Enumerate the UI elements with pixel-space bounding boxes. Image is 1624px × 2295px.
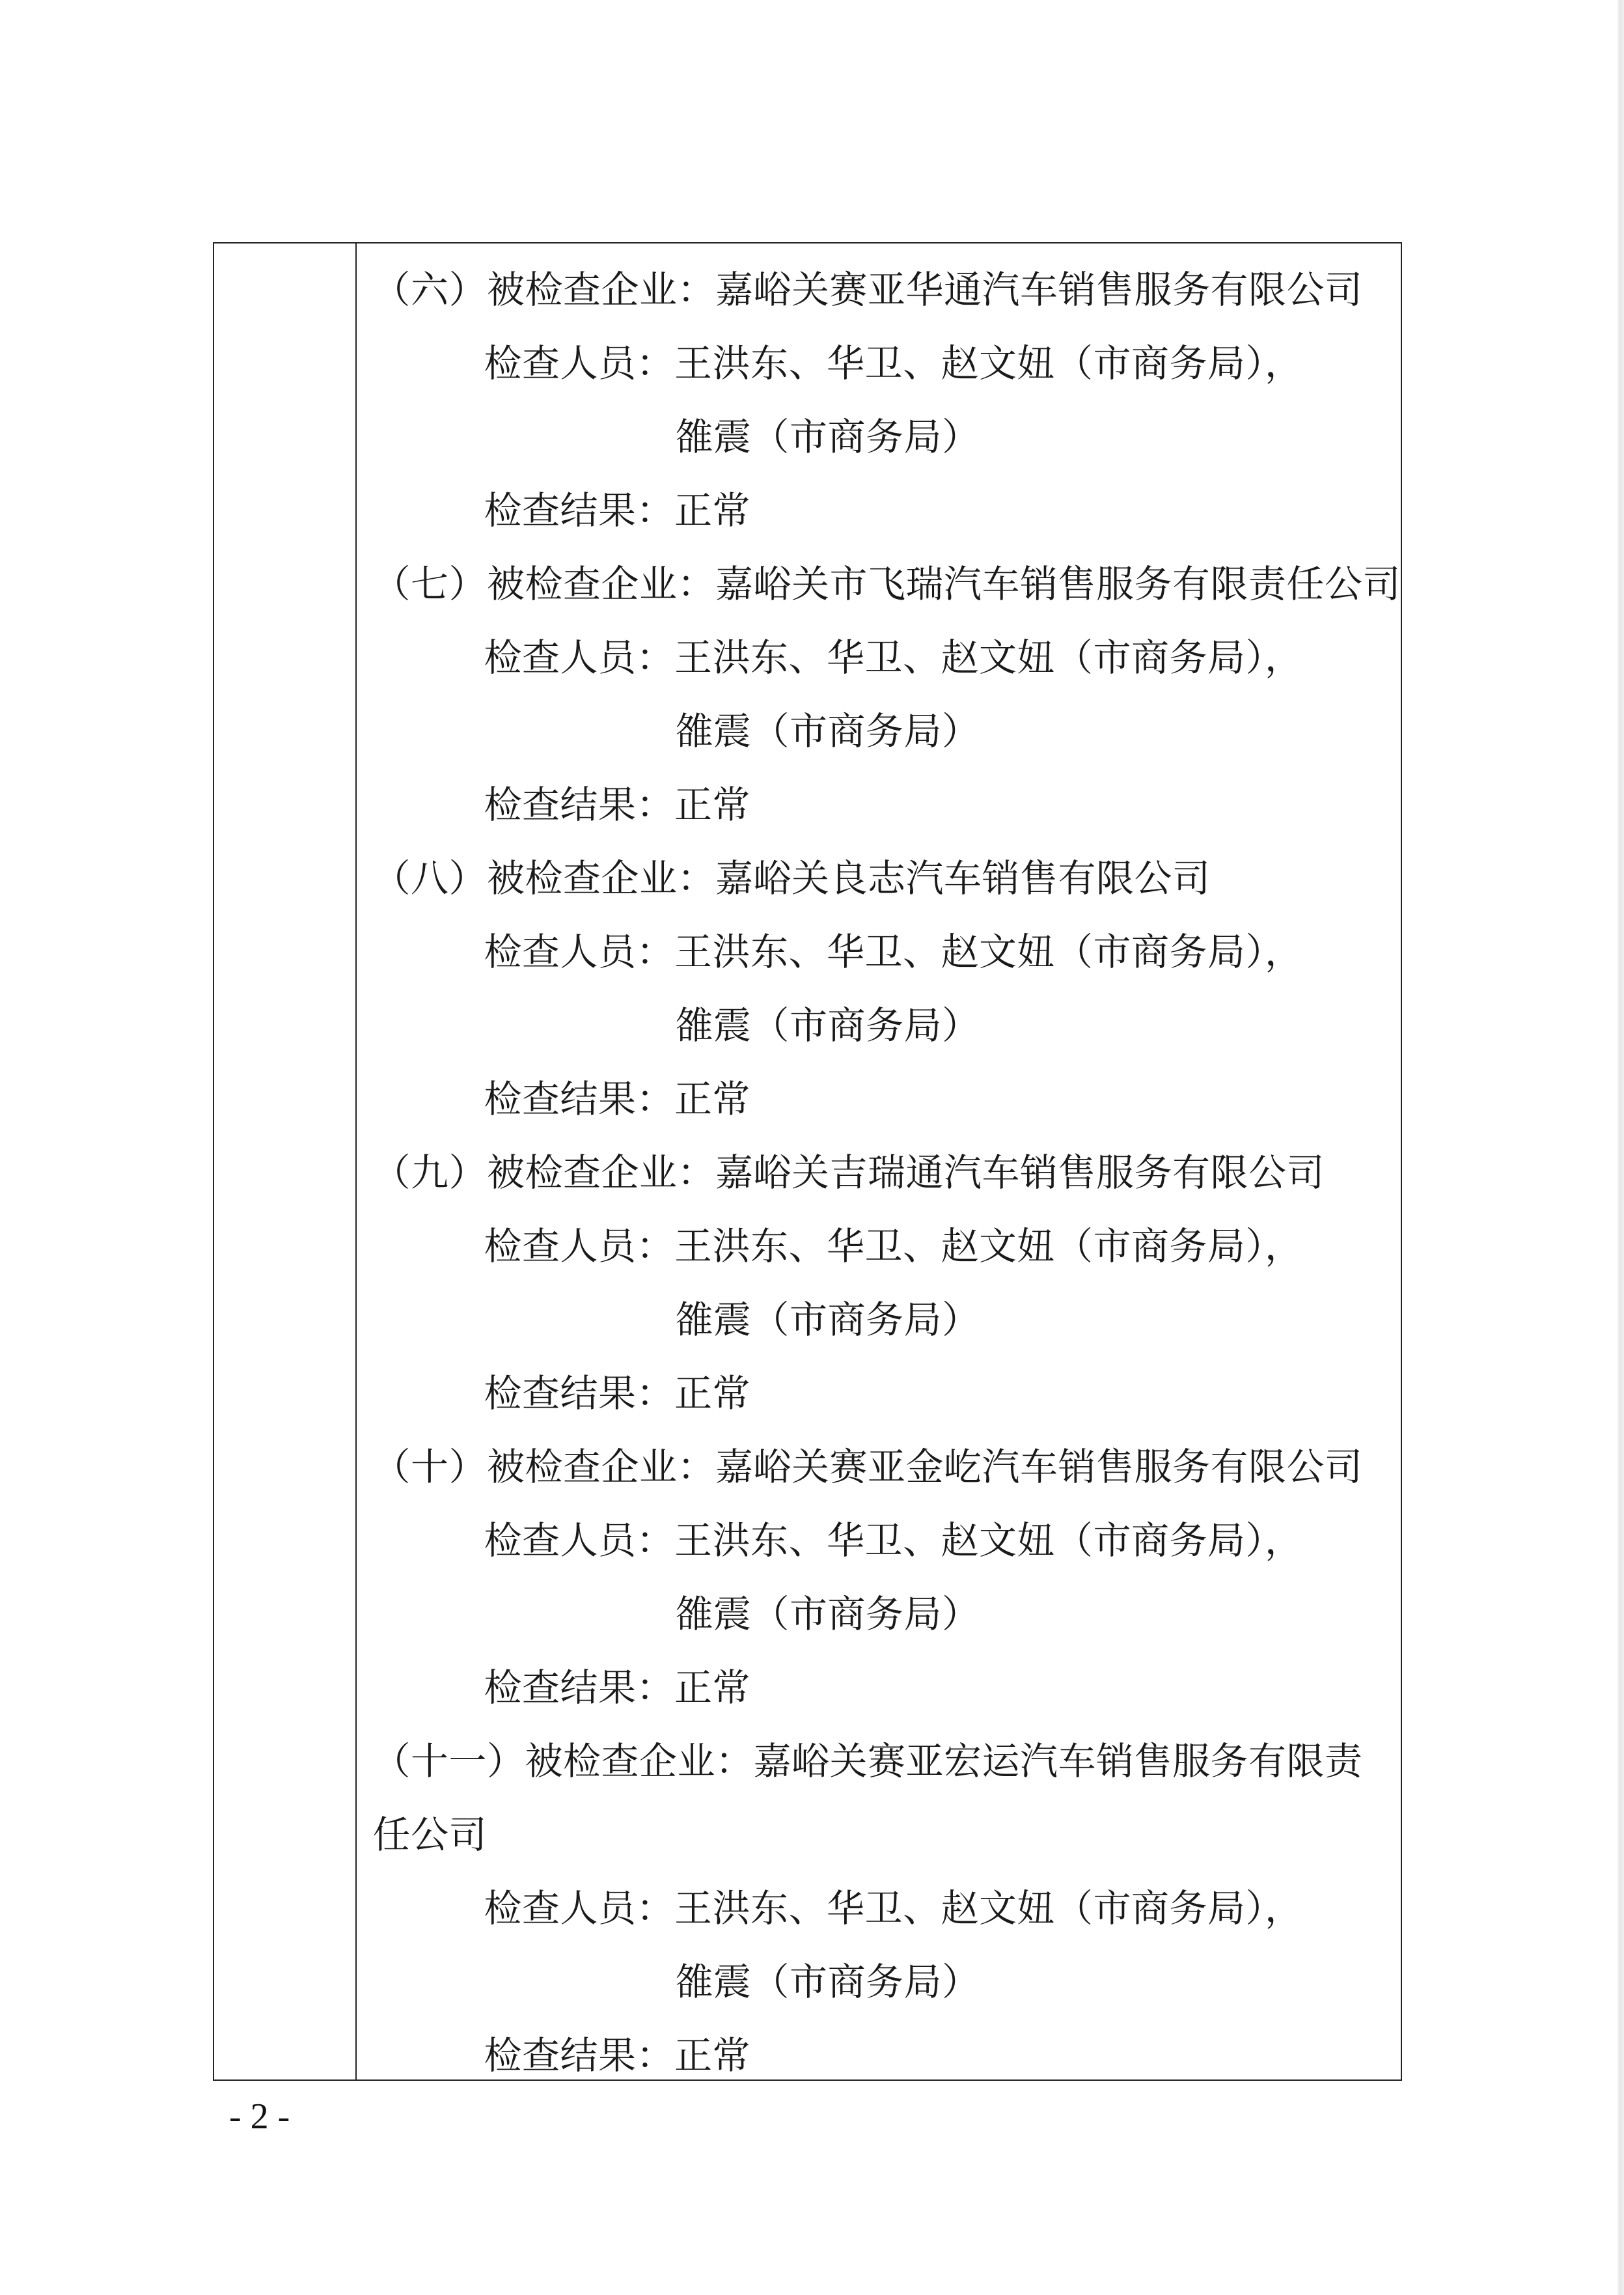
entry-persons-line: 检查人员：王洪东、华卫、赵文妞（市商务局）， xyxy=(372,327,1401,400)
result-label: 检查结果： xyxy=(484,1371,674,1415)
persons-names-cont: 雒震（市商务局） xyxy=(675,1592,980,1636)
entry-enterprise-line: （八）被检查企业：嘉峪关良志汽车销售有限公司 xyxy=(372,842,1401,915)
persons-label: 检查人员： xyxy=(484,930,674,974)
enterprise-name: 嘉峪关赛亚宏运汽车销售服务有限责 xyxy=(753,1739,1362,1783)
enterprise-name: 嘉峪关赛亚金屹汽车销售服务有限公司 xyxy=(715,1445,1363,1489)
result-label: 检查结果： xyxy=(484,2033,674,2078)
result-value: 正常 xyxy=(674,2033,750,2078)
entry-persons-continuation: 雒震（市商务局） xyxy=(372,400,1401,474)
result-label: 检查结果： xyxy=(484,488,674,533)
entry-persons-continuation: 雒震（市商务局） xyxy=(372,695,1401,768)
enterprise-name-wrap: 任公司 xyxy=(372,1813,487,1857)
entry-enterprise-line: （十）被检查企业：嘉峪关赛亚金屹汽车销售服务有限公司 xyxy=(372,1430,1401,1504)
entry-persons-line: 检查人员：王洪东、华卫、赵文妞（市商务局）， xyxy=(372,915,1401,989)
enterprise-name: 嘉峪关吉瑞通汽车销售服务有限公司 xyxy=(715,1150,1325,1195)
entry-index-label: （七） xyxy=(372,562,487,606)
persons-names-cont: 雒震（市商务局） xyxy=(675,1003,980,1048)
entry-enterprise-line: （七）被检查企业：嘉峪关市飞瑞汽车销售服务有限责任公司 xyxy=(372,548,1401,621)
inspection-entry: （七）被检查企业：嘉峪关市飞瑞汽车销售服务有限责任公司 检查人员：王洪东、华卫、… xyxy=(372,548,1401,842)
enterprise-label: 被检查企业： xyxy=(487,1150,715,1195)
persons-names: 王洪东、华卫、赵文妞（市商务局）， xyxy=(674,635,1303,680)
enterprise-label: 被检查企业： xyxy=(487,268,715,312)
entry-index-label: （十） xyxy=(372,1445,487,1489)
result-label: 检查结果： xyxy=(484,1077,674,1121)
persons-label: 检查人员： xyxy=(484,341,674,385)
persons-label: 检查人员： xyxy=(484,1886,674,1930)
enterprise-label: 被检查企业： xyxy=(487,562,715,606)
inspection-record-table: （六）被检查企业：嘉峪关赛亚华通汽车销售服务有限公司 检查人员：王洪东、华卫、赵… xyxy=(213,242,1402,2081)
entry-enterprise-line: （六）被检查企业：嘉峪关赛亚华通汽车销售服务有限公司 xyxy=(372,253,1401,327)
entry-index-label: （九） xyxy=(372,1150,487,1195)
persons-label: 检查人员： xyxy=(484,1518,674,1563)
result-label: 检查结果： xyxy=(484,1665,674,1710)
table-left-cell xyxy=(214,243,357,2079)
persons-names-cont: 雒震（市商务局） xyxy=(675,709,980,753)
entry-result-line: 检查结果：正常 xyxy=(372,474,1401,548)
result-label: 检查结果： xyxy=(484,783,674,827)
entry-persons-line: 检查人员：王洪东、华卫、赵文妞（市商务局）， xyxy=(372,621,1401,695)
entry-result-line: 检查结果：正常 xyxy=(372,1651,1401,1725)
inspection-entry: （十）被检查企业：嘉峪关赛亚金屹汽车销售服务有限公司 检查人员：王洪东、华卫、赵… xyxy=(372,1430,1401,1725)
entry-persons-line: 检查人员：王洪东、华卫、赵文妞（市商务局）， xyxy=(372,1210,1401,1283)
entry-result-line: 检查结果：正常 xyxy=(372,2019,1401,2093)
enterprise-label: 被检查企业： xyxy=(487,1445,715,1489)
entry-index-label: （六） xyxy=(372,268,487,312)
entry-enterprise-wrap-line: 任公司 xyxy=(372,1798,1401,1872)
persons-names-cont: 雒震（市商务局） xyxy=(675,415,980,459)
scan-edge-shadow xyxy=(1617,0,1624,2295)
entry-enterprise-line: （九）被检查企业：嘉峪关吉瑞通汽车销售服务有限公司 xyxy=(372,1136,1401,1210)
entry-persons-line: 检查人员：王洪东、华卫、赵文妞（市商务局）， xyxy=(372,1872,1401,1945)
enterprise-label: 被检查企业： xyxy=(487,856,715,900)
inspection-entry: （八）被检查企业：嘉峪关良志汽车销售有限公司 检查人员：王洪东、华卫、赵文妞（市… xyxy=(372,842,1401,1136)
result-value: 正常 xyxy=(674,783,750,827)
enterprise-name: 嘉峪关良志汽车销售有限公司 xyxy=(715,856,1211,900)
result-value: 正常 xyxy=(674,1077,750,1121)
result-value: 正常 xyxy=(674,1665,750,1710)
entry-persons-line: 检查人员：王洪东、华卫、赵文妞（市商务局）， xyxy=(372,1504,1401,1578)
entry-persons-continuation: 雒震（市商务局） xyxy=(372,1578,1401,1651)
persons-names: 王洪东、华卫、赵文妞（市商务局）， xyxy=(674,341,1303,385)
entry-persons-continuation: 雒震（市商务局） xyxy=(372,989,1401,1063)
persons-names: 王洪东、华卫、赵文妞（市商务局）， xyxy=(674,1886,1303,1930)
entry-persons-continuation: 雒震（市商务局） xyxy=(372,1945,1401,2019)
result-value: 正常 xyxy=(674,488,750,533)
entry-result-line: 检查结果：正常 xyxy=(372,1063,1401,1136)
inspection-entry: （九）被检查企业：嘉峪关吉瑞通汽车销售服务有限公司 检查人员：王洪东、华卫、赵文… xyxy=(372,1136,1401,1430)
enterprise-label: 被检查企业： xyxy=(525,1739,753,1783)
enterprise-name: 嘉峪关赛亚华通汽车销售服务有限公司 xyxy=(715,268,1363,312)
entry-enterprise-line: （十一）被检查企业：嘉峪关赛亚宏运汽车销售服务有限责 xyxy=(372,1725,1401,1798)
entry-index-label: （十一） xyxy=(372,1739,525,1783)
persons-names: 王洪东、华卫、赵文妞（市商务局）， xyxy=(674,930,1303,974)
table-right-cell: （六）被检查企业：嘉峪关赛亚华通汽车销售服务有限公司 检查人员：王洪东、华卫、赵… xyxy=(357,243,1401,2079)
persons-names-cont: 雒震（市商务局） xyxy=(675,1298,980,1342)
result-value: 正常 xyxy=(674,1371,750,1415)
entry-result-line: 检查结果：正常 xyxy=(372,768,1401,842)
persons-names-cont: 雒震（市商务局） xyxy=(675,1960,980,2004)
entry-result-line: 检查结果：正常 xyxy=(372,1357,1401,1430)
inspection-entry: （六）被检查企业：嘉峪关赛亚华通汽车销售服务有限公司 检查人员：王洪东、华卫、赵… xyxy=(372,253,1401,548)
persons-names: 王洪东、华卫、赵文妞（市商务局）， xyxy=(674,1224,1303,1268)
entry-persons-continuation: 雒震（市商务局） xyxy=(372,1283,1401,1357)
persons-label: 检查人员： xyxy=(484,635,674,680)
persons-names: 王洪东、华卫、赵文妞（市商务局）， xyxy=(674,1518,1303,1563)
persons-label: 检查人员： xyxy=(484,1224,674,1268)
entry-index-label: （八） xyxy=(372,856,487,900)
enterprise-name: 嘉峪关市飞瑞汽车销售服务有限责任公司 xyxy=(715,562,1401,606)
page-number: - 2 - xyxy=(229,2096,290,2137)
inspection-entry: （十一）被检查企业：嘉峪关赛亚宏运汽车销售服务有限责 任公司 检查人员：王洪东、… xyxy=(372,1725,1401,2093)
